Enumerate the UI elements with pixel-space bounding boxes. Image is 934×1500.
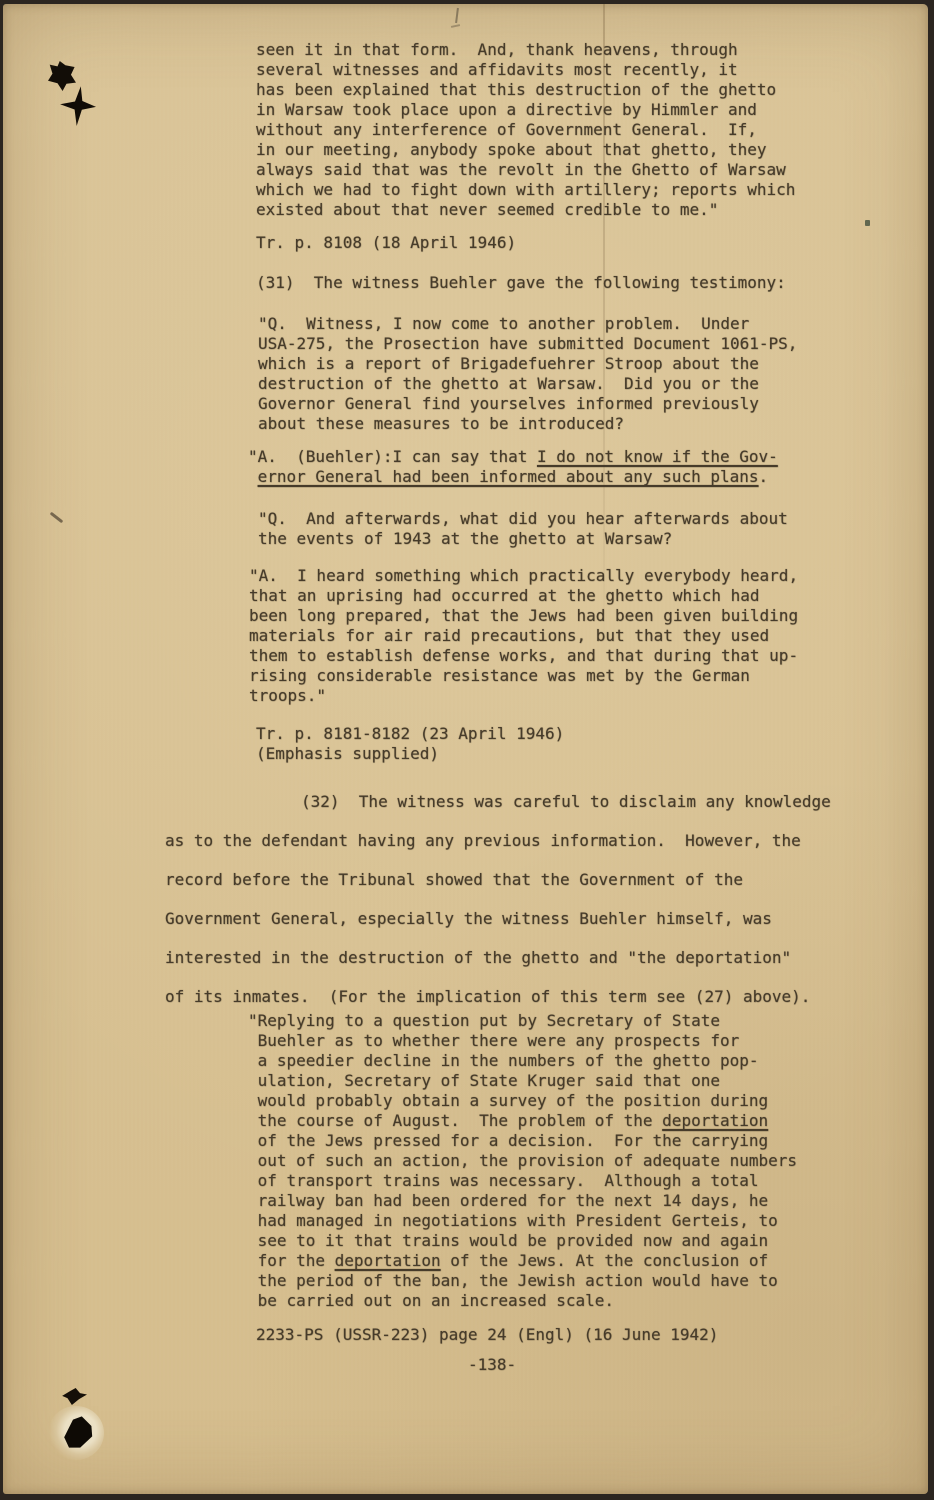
text-line: USA-275, the Prosection have submitted D… xyxy=(258,334,797,354)
text-line: as to the defendant having any previous … xyxy=(165,821,831,860)
pencil-mark xyxy=(451,24,460,28)
paper-sheet: seen it in that form. And, thank heavens… xyxy=(3,4,928,1494)
testimony-answer-2: "A. I heard something which practically … xyxy=(249,566,798,706)
paragraph-31-heading: (31) The witness Buehler gave the follow… xyxy=(256,273,786,293)
testimony-answer-1: "A. (Buehler):I can say that I do not kn… xyxy=(248,447,778,487)
text-line: record before the Tribunal showed that t… xyxy=(165,860,831,899)
text-line: of transport trains was necessary. Altho… xyxy=(248,1171,797,1191)
text-line: ernor General had been informed about an… xyxy=(248,467,778,487)
text-line: (31) The witness Buehler gave the follow… xyxy=(256,273,786,293)
text-line: them to establish defense works, and tha… xyxy=(249,646,798,666)
text-line: in our meeting, anybody spoke about that… xyxy=(256,140,795,160)
pencil-scratch xyxy=(50,512,64,524)
page-number: -138- xyxy=(468,1355,516,1375)
text-line: which we had to fight down with artiller… xyxy=(256,180,795,200)
pencil-mark xyxy=(455,8,459,23)
text-line: Governor General find yourselves informe… xyxy=(258,394,797,414)
ink-blot xyxy=(57,84,98,129)
text-line: which is a report of Brigadefuehrer Stro… xyxy=(258,354,797,374)
transcript-citation-8108: Tr. p. 8108 (18 April 1946) xyxy=(256,233,516,253)
text-line: a speedier decline in the numbers of the… xyxy=(248,1051,797,1071)
text-line: (Emphasis supplied) xyxy=(256,744,564,764)
text-line: for the deportation of the Jews. At the … xyxy=(248,1251,797,1271)
text-line: rising considerable resistance was met b… xyxy=(249,666,798,686)
testimony-question-2: "Q. And afterwards, what did you hear af… xyxy=(258,509,788,549)
text-line: "A. I heard something which practically … xyxy=(249,566,798,586)
text-line: Tr. p. 8181-8182 (23 April 1946) xyxy=(256,724,564,744)
testimony-question-1: "Q. Witness, I now come to another probl… xyxy=(258,314,797,434)
text-line: ulation, Secretary of State Kruger said … xyxy=(248,1071,797,1091)
text-line: "A. (Buehler):I can say that I do not kn… xyxy=(248,447,778,467)
text-line: see to it that trains would be provided … xyxy=(248,1231,797,1251)
ink-speck xyxy=(865,220,870,226)
text-line: railway ban had been ordered for the nex… xyxy=(248,1191,797,1211)
text-line: seen it in that form. And, thank heavens… xyxy=(256,40,795,60)
text-line: without any interference of Government G… xyxy=(256,120,795,140)
ink-blot xyxy=(48,61,76,91)
text-line: has been explained that this destruction… xyxy=(256,80,795,100)
text-line: the course of August. The problem of the… xyxy=(248,1111,797,1131)
text-line: "Q. Witness, I now come to another probl… xyxy=(258,314,797,334)
text-line: Buehler as to whether there were any pro… xyxy=(248,1031,797,1051)
text-line: "Q. And afterwards, what did you hear af… xyxy=(258,509,788,529)
text-line: "Replying to a question put by Secretary… xyxy=(248,1011,797,1031)
text-line: Tr. p. 8108 (18 April 1946) xyxy=(256,233,516,253)
text-line: (32) The witness was careful to disclaim… xyxy=(165,782,831,821)
text-line: out of such an action, the provision of … xyxy=(248,1151,797,1171)
text-line: Government General, especially the witne… xyxy=(165,899,831,938)
text-line: interested in the destruction of the ghe… xyxy=(165,938,831,977)
kruger-meeting-quote: "Replying to a question put by Secretary… xyxy=(248,1011,797,1311)
text-line: materials for air raid precautions, but … xyxy=(249,626,798,646)
text-line: destruction of the ghetto at Warsaw. Did… xyxy=(258,374,797,394)
document-citation-2233: 2233-PS (USSR-223) page 24 (Engl) (16 Ju… xyxy=(256,1325,718,1345)
text-line: 2233-PS (USSR-223) page 24 (Engl) (16 Ju… xyxy=(256,1325,718,1345)
text-line: existed about that never seemed credible… xyxy=(256,200,795,220)
text-line: that an uprising had occurred at the ghe… xyxy=(249,586,798,606)
ink-blot xyxy=(60,1388,87,1405)
text-line: of the Jews pressed for a decision. For … xyxy=(248,1131,797,1151)
text-line: the events of 1943 at the ghetto at Wars… xyxy=(258,529,788,549)
paragraph-32-body: (32) The witness was careful to disclaim… xyxy=(165,782,831,1016)
text-line: been long prepared, that the Jews had be… xyxy=(249,606,798,626)
text-line: about these measures to be introduced? xyxy=(258,414,797,434)
text-line: had managed in negotiations with Preside… xyxy=(248,1211,797,1231)
text-line: be carried out on an increased scale. xyxy=(248,1291,797,1311)
text-line: in Warsaw took place upon a directive by… xyxy=(256,100,795,120)
quote-continuation-block: seen it in that form. And, thank heavens… xyxy=(256,40,795,220)
text-line: troops." xyxy=(249,686,798,706)
text-line: always said that was the revolt in the G… xyxy=(256,160,795,180)
transcript-citation-8181: Tr. p. 8181-8182 (23 April 1946)(Emphasi… xyxy=(256,724,564,764)
scanned-document-page: { "page": { "page_number": "-138-", "pap… xyxy=(0,0,934,1500)
text-line: the period of the ban, the Jewish action… xyxy=(248,1271,797,1291)
text-line: would probably obtain a survey of the po… xyxy=(248,1091,797,1111)
text-line: several witnesses and affidavits most re… xyxy=(256,60,795,80)
